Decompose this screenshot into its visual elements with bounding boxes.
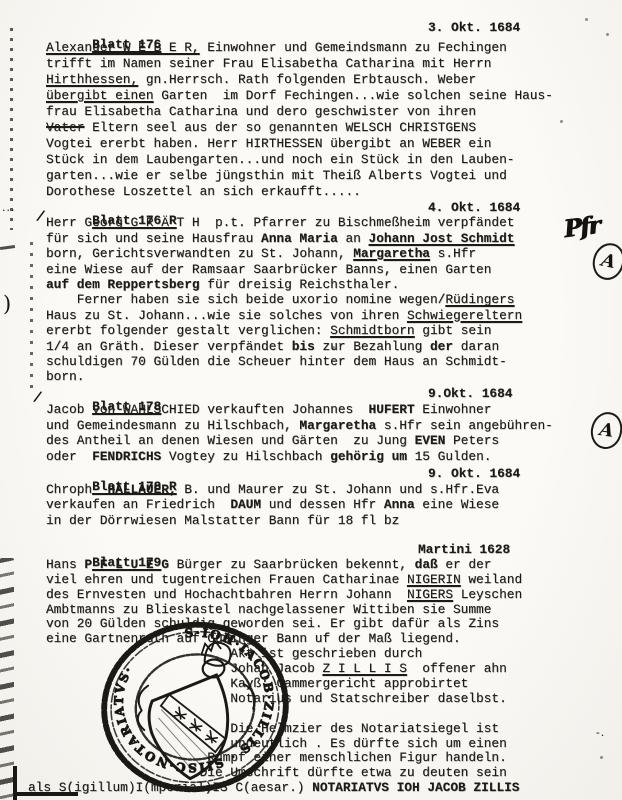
text-segment: Ambtmanns zu Blieskastel nachgelassener … xyxy=(46,602,491,617)
text-segment: trifft im Namen seiner Frau Elisabetha C… xyxy=(46,56,491,71)
section-heading: Blatt 176 3. Okt. 1684 xyxy=(46,26,614,42)
scan-artifact-dotted-margin xyxy=(10,28,13,230)
section-blatt-176r: Blatt 176 R 4. Okt. 1684 Herr Georg G R … xyxy=(46,202,614,387)
text-segment: Margaretha xyxy=(299,418,376,433)
text-segment: und dessen Hfr xyxy=(261,497,384,512)
text-segment: Anna Maria xyxy=(261,231,338,246)
text-segment: gn.Herrsch. Rath folgenden Erbtausch. We… xyxy=(138,72,476,87)
scan-artifact-dotted-margin xyxy=(30,242,33,392)
pen-dots-mark: ··· xyxy=(2,204,16,217)
text-segment: Haus zu St. Johann...wie sie solches von… xyxy=(46,308,407,323)
text-segment: Die Umschrift dürfte etwa zu deuten sein xyxy=(46,765,507,780)
text-segment: Eltern seel aus der so genannten WELSCH … xyxy=(84,120,476,135)
text-segment: eine Wiese auf der Ramsaar Saarbrücker B… xyxy=(46,262,491,277)
text-segment: s.Hfr sein angebühren- xyxy=(376,418,553,433)
entry-date: 4. Okt. 1684 xyxy=(428,202,520,215)
text-segment: Peters xyxy=(445,433,499,448)
text-segment: Rumpf einer menschlichen Figur handeln. xyxy=(46,750,507,765)
text-segment: auf dem Reppertsberg xyxy=(46,277,200,292)
section-body: Hans P F L U E G Bürger zu Saarbrücken b… xyxy=(46,559,614,797)
text-segment: an xyxy=(338,231,369,246)
entry-date: 3. Okt. 1684 xyxy=(428,22,520,35)
pen-slash-mark: / xyxy=(32,389,43,407)
text-segment: Johann Jost Schmidt xyxy=(369,231,515,246)
text-segment: Johan Jacob xyxy=(46,661,322,676)
text-segment: born. xyxy=(46,369,84,384)
text-segment: Notarius und Statschreiber daselbst. xyxy=(46,691,507,706)
text-line: Dorothese Loszettel an sich erkaufft....… xyxy=(46,186,614,202)
text-segment: als S(igillum)I(mperial)IS C(aesar.) xyxy=(28,780,312,795)
text-segment: Leyschen xyxy=(453,587,522,602)
text-line: schuldigen 70 Gülden die Scheuer hinter … xyxy=(46,356,614,371)
text-segment: er der xyxy=(438,557,492,572)
text-segment: Schmidtborn xyxy=(330,323,414,338)
entry-date: Martini 1628 xyxy=(418,544,510,557)
text-segment: Bürger zu Saarbrücken bekennt, xyxy=(169,557,415,572)
text-segment: der xyxy=(430,339,453,354)
text-segment: von 20 Gülden schuldig geworden sei. Er … xyxy=(46,616,499,631)
text-segment: weiland xyxy=(461,572,522,587)
section-heading: Blatt 178 R 9. Okt. 1684 xyxy=(46,468,614,484)
document-page: S·IOH·IACOB·ZILLIS · SIISC·NOTARIATVS· B… xyxy=(0,0,622,800)
pen-slash-mark: / xyxy=(35,208,46,226)
pen-paren-mark: ) xyxy=(3,292,11,316)
blatt-label: Blatt 178 R xyxy=(92,479,176,494)
text-segment: des Ernvesten und Hochachtbahren Herrn J… xyxy=(46,587,407,602)
section-heading: Blatt 176 R 4. Okt. 1684 xyxy=(46,202,614,217)
text-segment: viel ehren und tugentreichen Frauen Cath… xyxy=(46,572,407,587)
text-segment: Dorothese Loszettel an sich erkaufft....… xyxy=(46,184,361,199)
text-segment: eine Gartnenruth auf Güdinger Bann uf de… xyxy=(46,631,461,646)
text-segment: NOTARIATVS IOH JACOB ZILLIS xyxy=(312,780,519,795)
text-segment: Vogtei ererbt haben. Herr HIRTHESSEN übe… xyxy=(46,136,491,151)
text-line: Notarius und Statschreiber daselbst. xyxy=(46,693,614,708)
text-segment: des Antheil an denen Wiesen und Gärten z… xyxy=(46,433,415,448)
text-segment: NIGERIN xyxy=(407,572,461,587)
text-segment: DAUM xyxy=(230,497,261,512)
text-segment: frau Elisabetha Catharina und dero gesch… xyxy=(46,104,476,119)
text-segment: EVEN xyxy=(415,433,446,448)
section-blatt-176: Blatt 176 3. Okt. 1684 Alexander W E B E… xyxy=(46,26,614,202)
text-segment: NIGERS xyxy=(407,587,453,602)
text-segment: Einwohner und Gemeindsmann zu Fechingen xyxy=(200,40,507,55)
scan-artifact-dash xyxy=(0,245,15,250)
blatt-label: Blatt 179 xyxy=(92,555,161,570)
text-line: in der Dörrwiesen Malstatter Bann für 18… xyxy=(46,515,614,531)
text-segment: in der Dörrwiesen Malstatter Bann für 18… xyxy=(46,513,399,528)
text-segment: B. und Maurer zu St. Johann und s.Hfr.Ev… xyxy=(177,482,500,497)
text-segment: eine Wiese xyxy=(415,497,499,512)
section-body: Alexander W E B E R, Einwohner und Gemei… xyxy=(46,42,614,202)
text-segment: 1/4 an Gräth. Dieser verpfändet xyxy=(46,339,292,354)
text-segment: offener ahn xyxy=(407,661,507,676)
text-segment: Vater xyxy=(46,120,84,135)
section-blatt-179: Blatt 179 Martini 1628 Hans P F L U E G … xyxy=(46,544,614,797)
text-segment: Margaretha xyxy=(353,246,430,261)
text-segment: gehörig um xyxy=(330,449,407,464)
blatt-label: Blatt 178 xyxy=(92,399,161,414)
text-segment: FENDRICHS xyxy=(92,449,161,464)
text-segment: garten...wie er selbe jüngsthin mit Thei… xyxy=(46,168,507,183)
text-segment: daran xyxy=(453,339,499,354)
text-segment: schuldigen 70 Gülden die Scheuer hinter … xyxy=(46,354,507,369)
text-segment: undeutlich . Es dürfte sich um einen xyxy=(46,736,507,751)
text-segment: born, Gerichtsverwandten zu St. Johann, xyxy=(46,246,353,261)
text-segment: für dreisig Reichsthaler. xyxy=(200,277,400,292)
text-segment: übergibt einen xyxy=(46,88,154,103)
text-segment: ererbt folgender gestalt verglichen: xyxy=(46,323,330,338)
pen-tick-mark: -. xyxy=(596,726,605,739)
scan-speck xyxy=(585,18,588,21)
text-line: als S(igillum)I(mperial)IS C(aesar.) NOT… xyxy=(28,782,614,797)
entry-date: 9.Okt. 1684 xyxy=(428,388,512,401)
text-segment: Schwiegereltern xyxy=(407,308,522,323)
handwritten-note-pfr: Pfr xyxy=(562,210,600,243)
text-segment: Ferner haben sie sich beide uxorio nomin… xyxy=(46,292,445,307)
text-segment: Garten im Dorf Fechingen...wie solchen s… xyxy=(154,88,553,103)
text-segment: oder xyxy=(46,449,92,464)
text-segment: Einwohner xyxy=(415,402,492,417)
text-line: born. xyxy=(46,371,614,386)
entry-date: 9. Okt. 1684 xyxy=(428,468,520,481)
scan-artifact-smudge xyxy=(0,558,14,800)
text-segment: 15 Gulden. xyxy=(407,449,491,464)
section-heading: Blatt 178 9.Okt. 1684 xyxy=(46,388,614,404)
text-segment: gibt sein xyxy=(415,323,492,338)
blatt-label: Blatt 176 xyxy=(92,37,161,52)
text-segment: Vogtey zu Hilschbach xyxy=(161,449,330,464)
text-segment: Stück in dem Laubengarten...und noch ein… xyxy=(46,152,514,167)
text-segment: HUFERT xyxy=(369,402,415,417)
text-segment: Akt ist geschrieben durch xyxy=(46,646,422,661)
text-segment: Z I L L I S xyxy=(322,661,406,676)
text-segment: Kayß: Cammergericht approbirtet xyxy=(46,676,468,691)
text-segment: Die Helmzier des Notariatsiegel ist xyxy=(46,721,499,736)
section-blatt-178r: Blatt 178 R 9. Okt. 1684 Chroph HALLAUER… xyxy=(46,468,614,530)
section-body: Herr Georg G R Ä T H p.t. Pfarrer zu Bis… xyxy=(46,217,614,386)
blatt-label: Blatt 176 R xyxy=(92,213,176,228)
text-segment: zur Bezahlung xyxy=(315,339,430,354)
text-segment: bis xyxy=(292,339,315,354)
section-blatt-178: Blatt 178 9.Okt. 1684 Jacob von WAHLSCHI… xyxy=(46,388,614,467)
text-segment: Rüdingers xyxy=(445,292,514,307)
text-segment: Anna xyxy=(384,497,415,512)
text-segment: s.Hfr xyxy=(430,246,476,261)
section-heading: Blatt 179 Martini 1628 xyxy=(46,544,614,559)
text-segment: daß xyxy=(415,557,438,572)
text-line: oder FENDRICHS Vogtey zu Hilschbach gehö… xyxy=(46,451,614,467)
